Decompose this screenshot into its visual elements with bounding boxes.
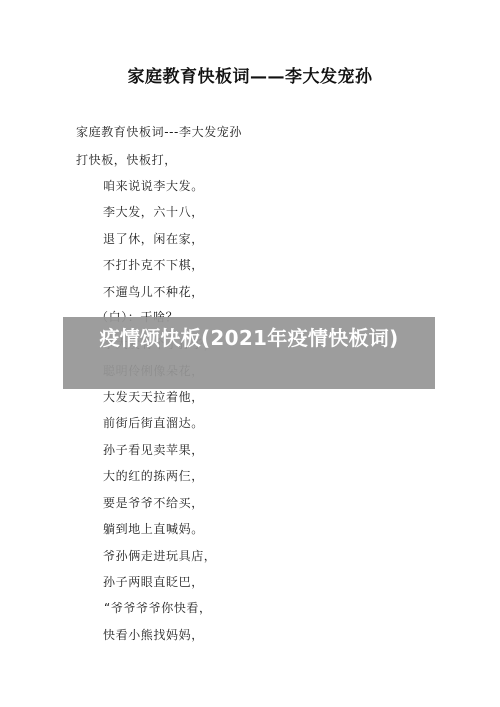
body-line: 家庭教育快板词---李大发宠孙 bbox=[76, 124, 242, 140]
body-line: 爷孙俩走进玩具店， bbox=[103, 548, 216, 564]
body-line: 前街后街直溜达。 bbox=[103, 415, 204, 431]
body-line: 大发天天拉着他， bbox=[103, 389, 204, 405]
document-title: 家庭教育快板词——李大发宠孙 bbox=[0, 62, 500, 87]
body-line: 要是爷爷不给买， bbox=[103, 495, 204, 511]
body-line: 不遛鸟儿不种花， bbox=[103, 284, 204, 300]
body-line: 退了休，闲在家， bbox=[103, 231, 204, 247]
body-line: 李大发，六十八， bbox=[103, 204, 204, 220]
overlay-title: 疫情颂快板(2021年疫情快板词) bbox=[63, 325, 435, 352]
body-line: 咱来说说李大发。 bbox=[103, 178, 204, 194]
body-line: 孙子看见卖苹果， bbox=[103, 442, 204, 458]
caption-overlay: 疫情颂快板(2021年疫情快板词) bbox=[63, 317, 435, 389]
body-line: 打快板，快板打， bbox=[76, 152, 177, 168]
body-line: 快看小熊找妈妈， bbox=[103, 627, 204, 643]
body-line: 躺到地上直喊妈。 bbox=[103, 521, 204, 537]
body-line: 大的红的拣两仨， bbox=[103, 468, 204, 484]
body-line: “爷爷爷爷你快看， bbox=[104, 600, 212, 616]
body-line: 孙子两眼直眨巴， bbox=[103, 574, 204, 590]
body-line: 不打扑克不下棋， bbox=[103, 257, 204, 273]
